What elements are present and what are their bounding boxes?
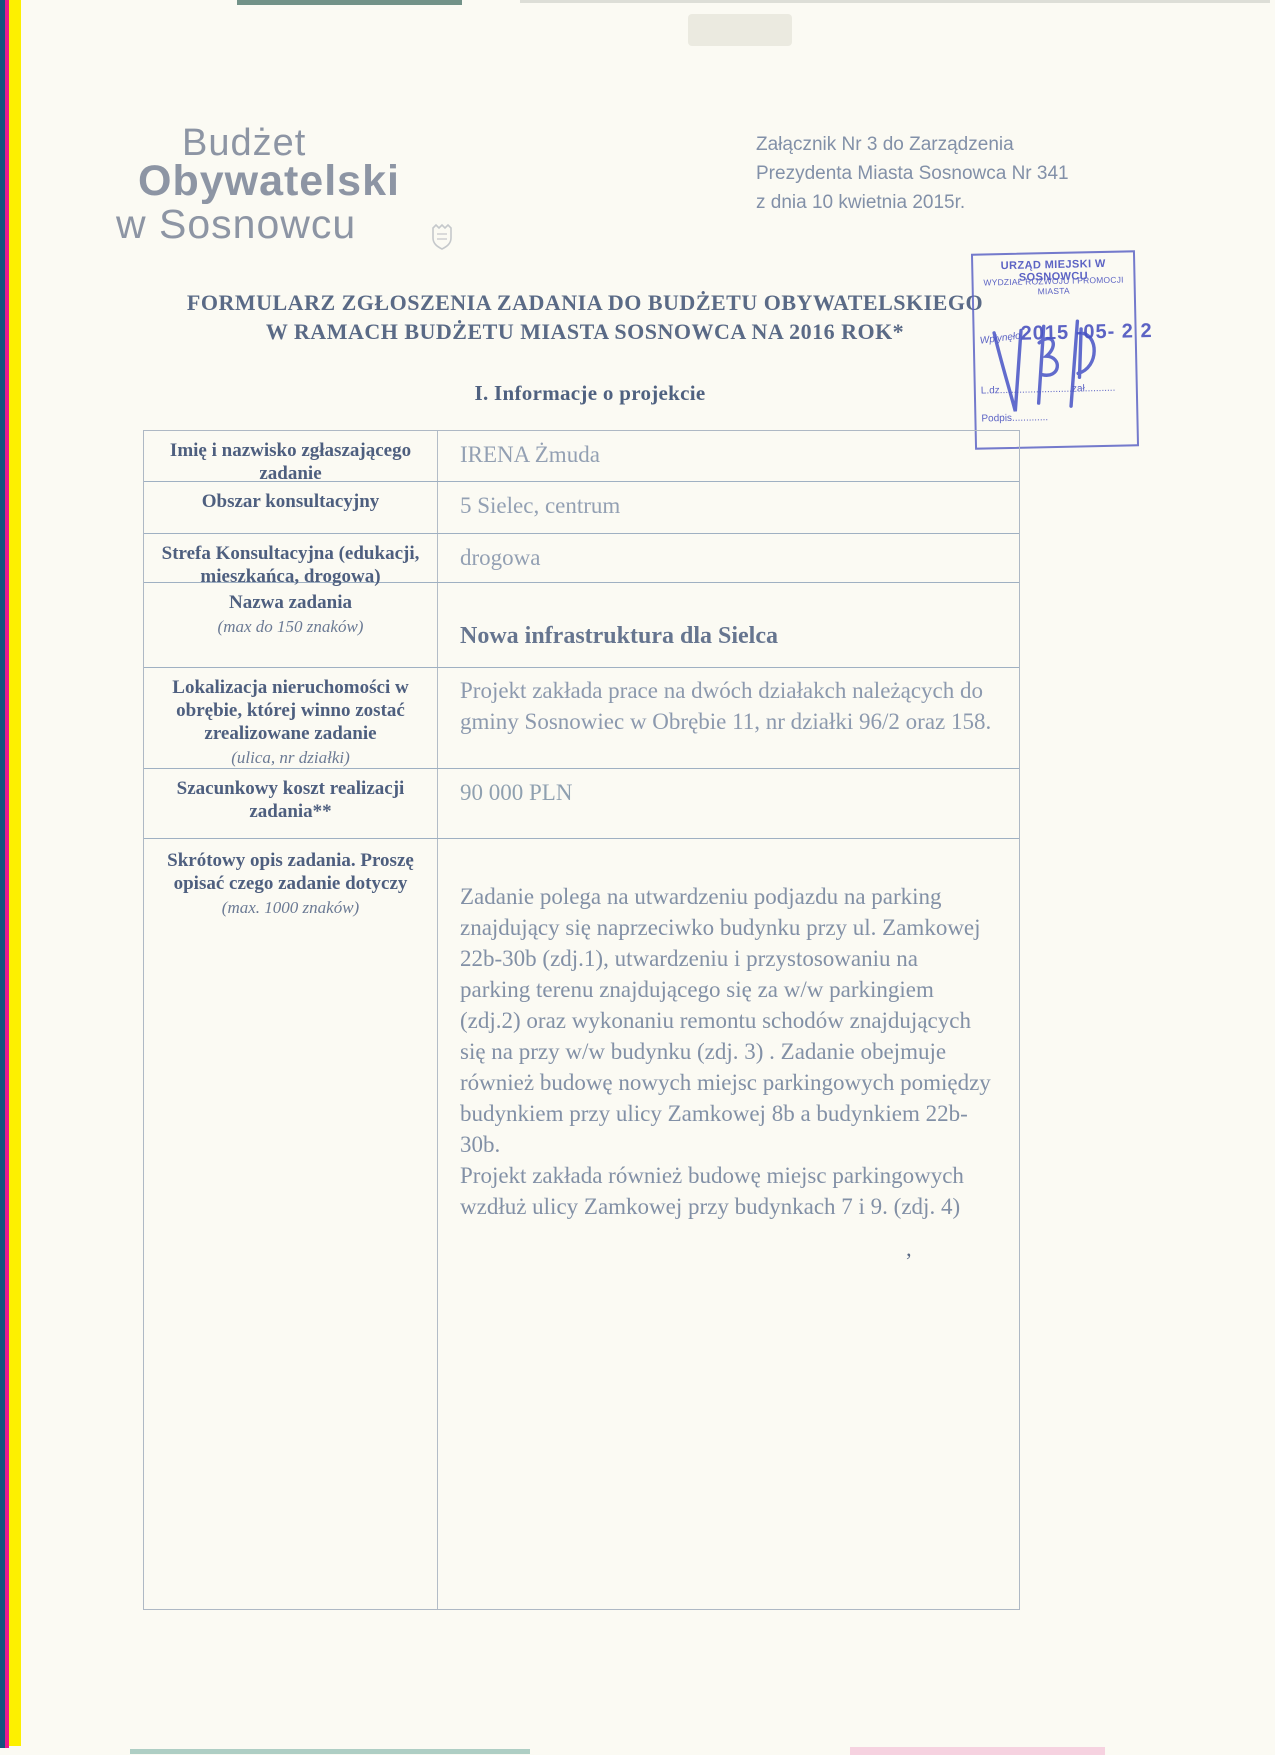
scan-top-shadow bbox=[688, 14, 792, 46]
row-label-text: Strefa Konsultacyjna (edukacji, mieszkań… bbox=[162, 543, 420, 587]
section-heading: I. Informacje o projekcie bbox=[160, 381, 1020, 406]
attachment-note-line1: Załącznik Nr 3 do Zarządzenia bbox=[756, 130, 1116, 159]
project-info-table: Imię i nazwisko zgłaszającego zadanie IR… bbox=[143, 430, 1020, 1610]
scan-bottom-artifact-teal bbox=[130, 1749, 530, 1754]
row-sublabel-text: (max do 150 znaków) bbox=[154, 615, 427, 638]
table-row-name: Imię i nazwisko zgłaszającego zadanie IR… bbox=[144, 431, 1019, 482]
form-title-line2: W RAMACH BUDŻETU MIASTA SOSNOWCA NA 2016… bbox=[150, 317, 1020, 346]
row-label-text: Skrótowy opis zadania. Proszę opisać cze… bbox=[167, 850, 414, 894]
row-value-consultation-zone: drogowa bbox=[438, 534, 1019, 582]
logo-word-w-sosnowcu: w Sosnowcu bbox=[116, 201, 356, 248]
table-row-consultation-area: Obszar konsultacyjny 5 Sielec, centrum bbox=[144, 482, 1019, 534]
row-value-estimated-cost: 90 000 PLN bbox=[438, 769, 1019, 838]
row-label-text: Imię i nazwisko zgłaszającego zadanie bbox=[170, 440, 411, 484]
attachment-note-line3: z dnia 10 kwietnia 2015r. bbox=[756, 188, 1116, 217]
row-label-task-name: Nazwa zadania (max do 150 znaków) bbox=[144, 583, 438, 667]
row-label-text: Lokalizacja nieruchomości w obrębie, któ… bbox=[172, 677, 408, 744]
row-label-location: Lokalizacja nieruchomości w obrębie, któ… bbox=[144, 668, 438, 768]
row-value-consultation-area: 5 Sielec, centrum bbox=[438, 482, 1019, 533]
attachment-note: Załącznik Nr 3 do Zarządzenia Prezydenta… bbox=[756, 130, 1116, 217]
scan-top-artifact bbox=[237, 0, 462, 5]
table-row-task-name: Nazwa zadania (max do 150 znaków) Nowa i… bbox=[144, 583, 1019, 668]
logo-word-obywatelski: Obywatelski bbox=[138, 157, 400, 206]
row-label-text: Nazwa zadania bbox=[229, 592, 352, 613]
row-value-task-description: Zadanie polega na utwardzeniu podjazdu n… bbox=[438, 839, 1019, 1609]
row-sublabel-text: (max. 1000 znaków) bbox=[154, 896, 427, 919]
row-label-estimated-cost: Szacunkowy koszt realizacji zadania** bbox=[144, 769, 438, 838]
crest-icon bbox=[430, 222, 454, 250]
row-label-consultation-area: Obszar konsultacyjny bbox=[144, 482, 438, 533]
office-received-stamp: URZĄD MIEJSKI W SOSNOWCU WYDZIAŁ ROZWOJU… bbox=[971, 250, 1139, 449]
scanned-form-page: Budżet Obywatelski w Sosnowcu Załącznik … bbox=[0, 0, 1275, 1755]
scan-bottom-artifact-pink bbox=[850, 1747, 1105, 1755]
stamp-department-name: WYDZIAŁ ROZWOJU I PROMOCJI MIASTA bbox=[973, 274, 1133, 297]
scan-edge-strip-yellow bbox=[9, 0, 21, 1746]
row-label-text: Szacunkowy koszt realizacji zadania** bbox=[177, 778, 405, 822]
table-row-estimated-cost: Szacunkowy koszt realizacji zadania** 90… bbox=[144, 769, 1019, 839]
table-row-task-description: Skrótowy opis zadania. Proszę opisać cze… bbox=[144, 839, 1019, 1609]
row-sublabel-text: (ulica, nr działki) bbox=[154, 746, 427, 769]
row-value-applicant-name: IRENA Żmuda bbox=[438, 431, 1019, 481]
scan-top-artifact-faint bbox=[520, 0, 1270, 3]
table-row-consultation-zone: Strefa Konsultacyjna (edukacji, mieszkań… bbox=[144, 534, 1019, 583]
row-label-consultation-zone: Strefa Konsultacyjna (edukacji, mieszkań… bbox=[144, 534, 438, 582]
row-label-task-description: Skrótowy opis zadania. Proszę opisać cze… bbox=[144, 839, 438, 1609]
form-title: FORMULARZ ZGŁOSZENIA ZADANIA DO BUDŻETU … bbox=[150, 288, 1020, 346]
form-title-line1: FORMULARZ ZGŁOSZENIA ZADANIA DO BUDŻETU … bbox=[150, 288, 1020, 317]
row-value-task-name: Nowa infrastruktura dla Sielca bbox=[438, 583, 1019, 667]
table-row-location: Lokalizacja nieruchomości w obrębie, któ… bbox=[144, 668, 1019, 769]
row-value-location: Projekt zakłada prace na dwóch działakch… bbox=[438, 668, 1019, 768]
stray-pen-mark: ’ bbox=[905, 1248, 912, 1274]
row-label-applicant-name: Imię i nazwisko zgłaszającego zadanie bbox=[144, 431, 438, 481]
row-label-text: Obszar konsultacyjny bbox=[202, 491, 380, 512]
attachment-note-line2: Prezydenta Miasta Sosnowca Nr 341 bbox=[756, 159, 1116, 188]
